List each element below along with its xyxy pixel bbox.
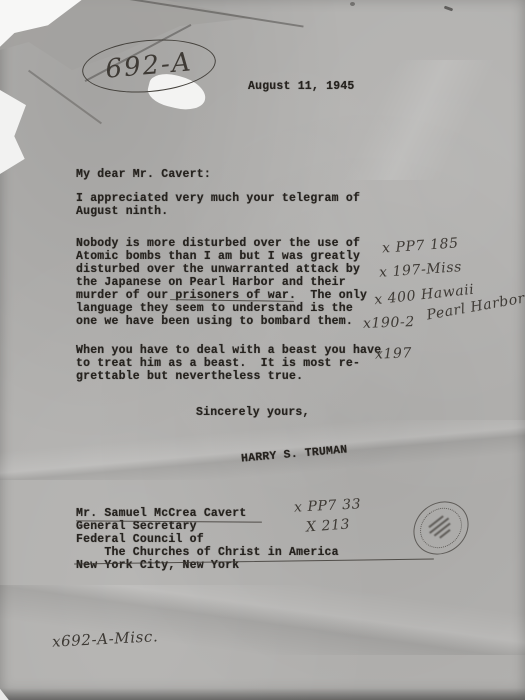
- paper-crease: [300, 60, 525, 180]
- bottom-edge-shadow: [0, 688, 525, 700]
- letter-date: August 11, 1945: [248, 80, 355, 93]
- address-annotation: X 213: [305, 516, 350, 535]
- address-annotation: x PP7 33: [294, 496, 362, 515]
- file-number: 692-A: [104, 47, 193, 84]
- paragraph-2: Nobody is more disturbed over the use of…: [76, 237, 367, 328]
- margin-annotation: x197: [375, 345, 413, 362]
- bottom-annotation: x692-A-Misc.: [52, 627, 159, 651]
- paragraph-3: When you have to deal with a beast you h…: [76, 344, 381, 383]
- letter-page: 692-A August 11, 1945 My dear Mr. Cavert…: [0, 0, 525, 700]
- margin-annotation: x PP7 185: [382, 235, 460, 256]
- paragraph-1: I appreciated very much your telegram of…: [76, 192, 360, 218]
- closing-line: Sincerely yours,: [196, 406, 310, 419]
- salutation: My dear Mr. Cavert:: [76, 168, 211, 181]
- typed-signature: HARRY S. TRUMAN: [241, 443, 348, 465]
- ink-speck: [444, 6, 453, 12]
- torn-edge-gap: [0, 90, 26, 174]
- torn-edge-gap: [0, 686, 16, 700]
- margin-annotation: x190-2: [363, 314, 415, 332]
- margin-annotation: x 197-Miss: [379, 259, 463, 281]
- ink-speck: [350, 2, 355, 6]
